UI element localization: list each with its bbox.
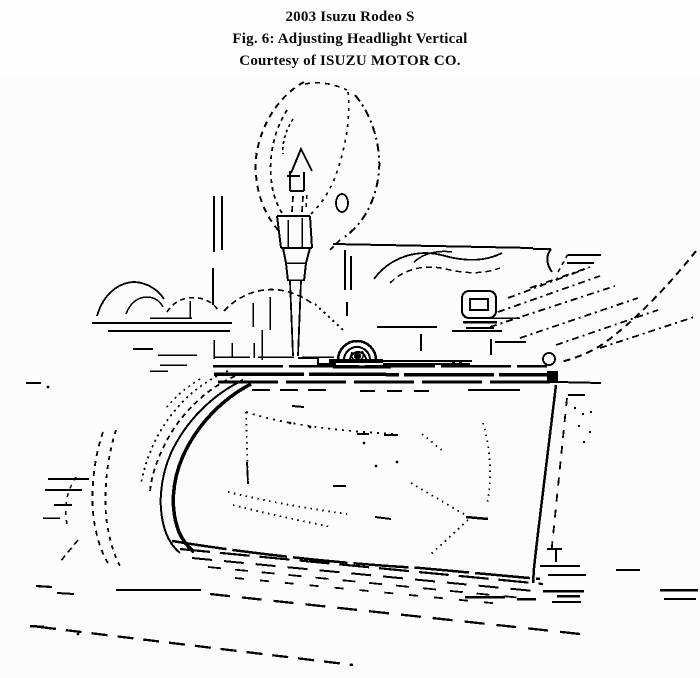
headlight-lens-details — [228, 406, 490, 556]
headlight-housing — [43, 353, 698, 604]
hand-sketch — [256, 82, 380, 251]
figure-caption: 2003 Isuzu Rodeo S Fig. 6: Adjusting Hea… — [0, 0, 700, 76]
bulb-connector — [462, 291, 497, 328]
screwdriver-ferrule — [283, 248, 310, 281]
caption-courtesy: Courtesy of ISUZU MOTOR CO. — [0, 50, 700, 72]
thumb — [291, 149, 312, 173]
figure-line-art — [0, 76, 700, 678]
fender-hatching — [490, 267, 694, 348]
corner-clip — [543, 353, 555, 365]
right-edge — [533, 385, 556, 583]
screwdriver-handle — [277, 216, 312, 248]
left-bezel — [141, 371, 251, 553]
fender-arch — [561, 251, 696, 362]
grille-corner — [43, 430, 120, 566]
manual-page: 2003 Isuzu Rodeo S Fig. 6: Adjusting Hea… — [0, 0, 700, 678]
knuckle — [336, 194, 348, 212]
screwdriver — [277, 216, 336, 364]
corner-blob — [547, 371, 558, 383]
caption-figure-title: Fig. 6: Adjusting Headlight Vertical — [0, 28, 700, 50]
hood-edge-lines — [333, 244, 601, 272]
caption-vehicle: 2003 Isuzu Rodeo S — [0, 6, 700, 28]
bottom-band — [172, 541, 580, 604]
vertical-adjuster-grommet — [329, 341, 470, 367]
